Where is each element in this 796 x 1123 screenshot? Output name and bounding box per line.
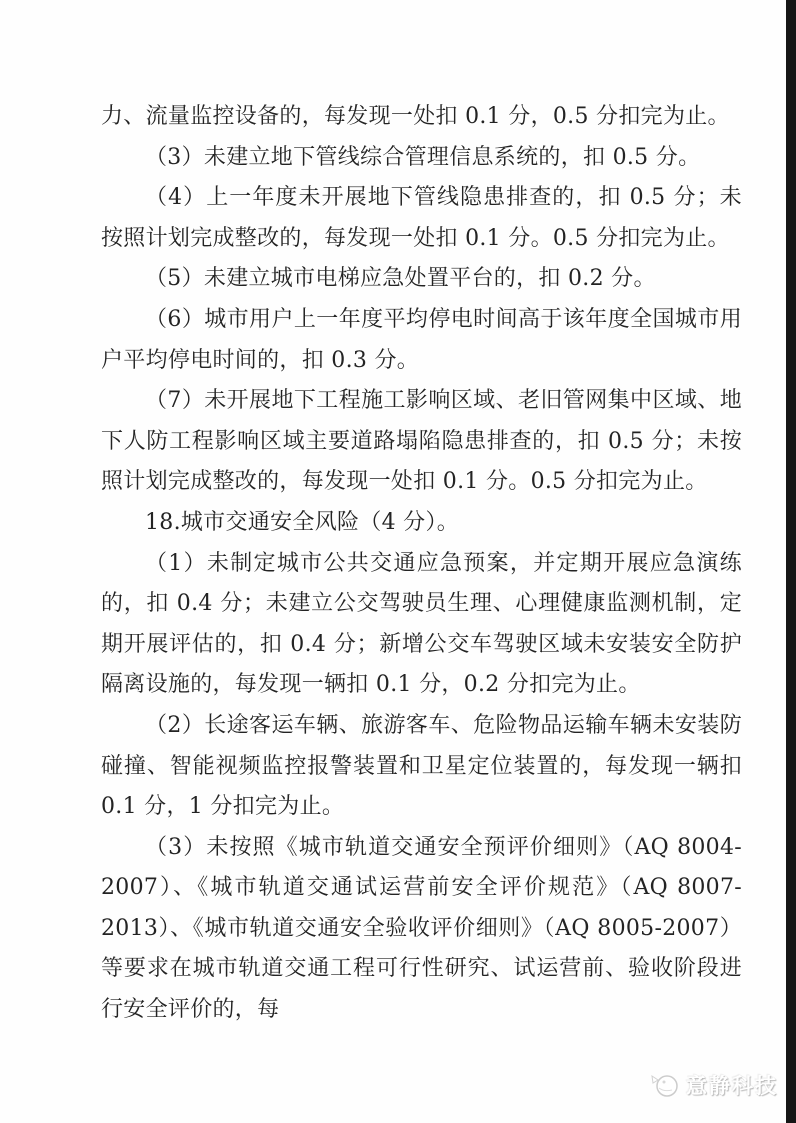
watermark: 意静科技 [648, 1070, 778, 1100]
paragraph-item-18-1: （1）未制定城市公共交通应急预案，并定期开展应急演练的，扣 0.4 分；未建立公… [101, 544, 742, 706]
paragraph-item-7: （7）未开展地下工程施工影响区域、老旧管网集中区域、地下人防工程影响区域主要道路… [101, 381, 742, 503]
paragraph-item-3: （3）未建立地下管线综合管理信息系统的，扣 0.5 分。 [101, 138, 742, 179]
paragraph-section-18-heading: 18.城市交通安全风险（4 分）。 [101, 503, 742, 544]
bird-logo-icon [648, 1070, 680, 1100]
document-text-block: 力、流量监控设备的，每发现一处扣 0.1 分，0.5 分扣完为止。 （3）未建立… [101, 97, 742, 1031]
paragraph-item-4: （4）上一年度未开展地下管线隐患排查的，扣 0.5 分；未按照计划完成整改的，每… [101, 178, 742, 259]
paragraph-item-5: （5）未建立城市电梯应急处置平台的，扣 0.2 分。 [101, 259, 742, 300]
paragraph-item-6: （6）城市用户上一年度平均停电时间高于该年度全国城市用户平均停电时间的，扣 0.… [101, 300, 742, 381]
watermark-text: 意静科技 [686, 1070, 778, 1100]
paragraph-continuation: 力、流量监控设备的，每发现一处扣 0.1 分，0.5 分扣完为止。 [101, 97, 742, 138]
paragraph-item-18-3: （3）未按照《城市轨道交通安全预评价细则》（AQ 8004-2007）、《城市轨… [101, 828, 742, 1031]
scan-edge-artifact [786, 0, 796, 1123]
document-page: 力、流量监控设备的，每发现一处扣 0.1 分，0.5 分扣完为止。 （3）未建立… [0, 0, 796, 1123]
paragraph-item-18-2: （2）长途客运车辆、旅游客车、危险物品运输车辆未安装防碰撞、智能视频监控报警装置… [101, 706, 742, 828]
